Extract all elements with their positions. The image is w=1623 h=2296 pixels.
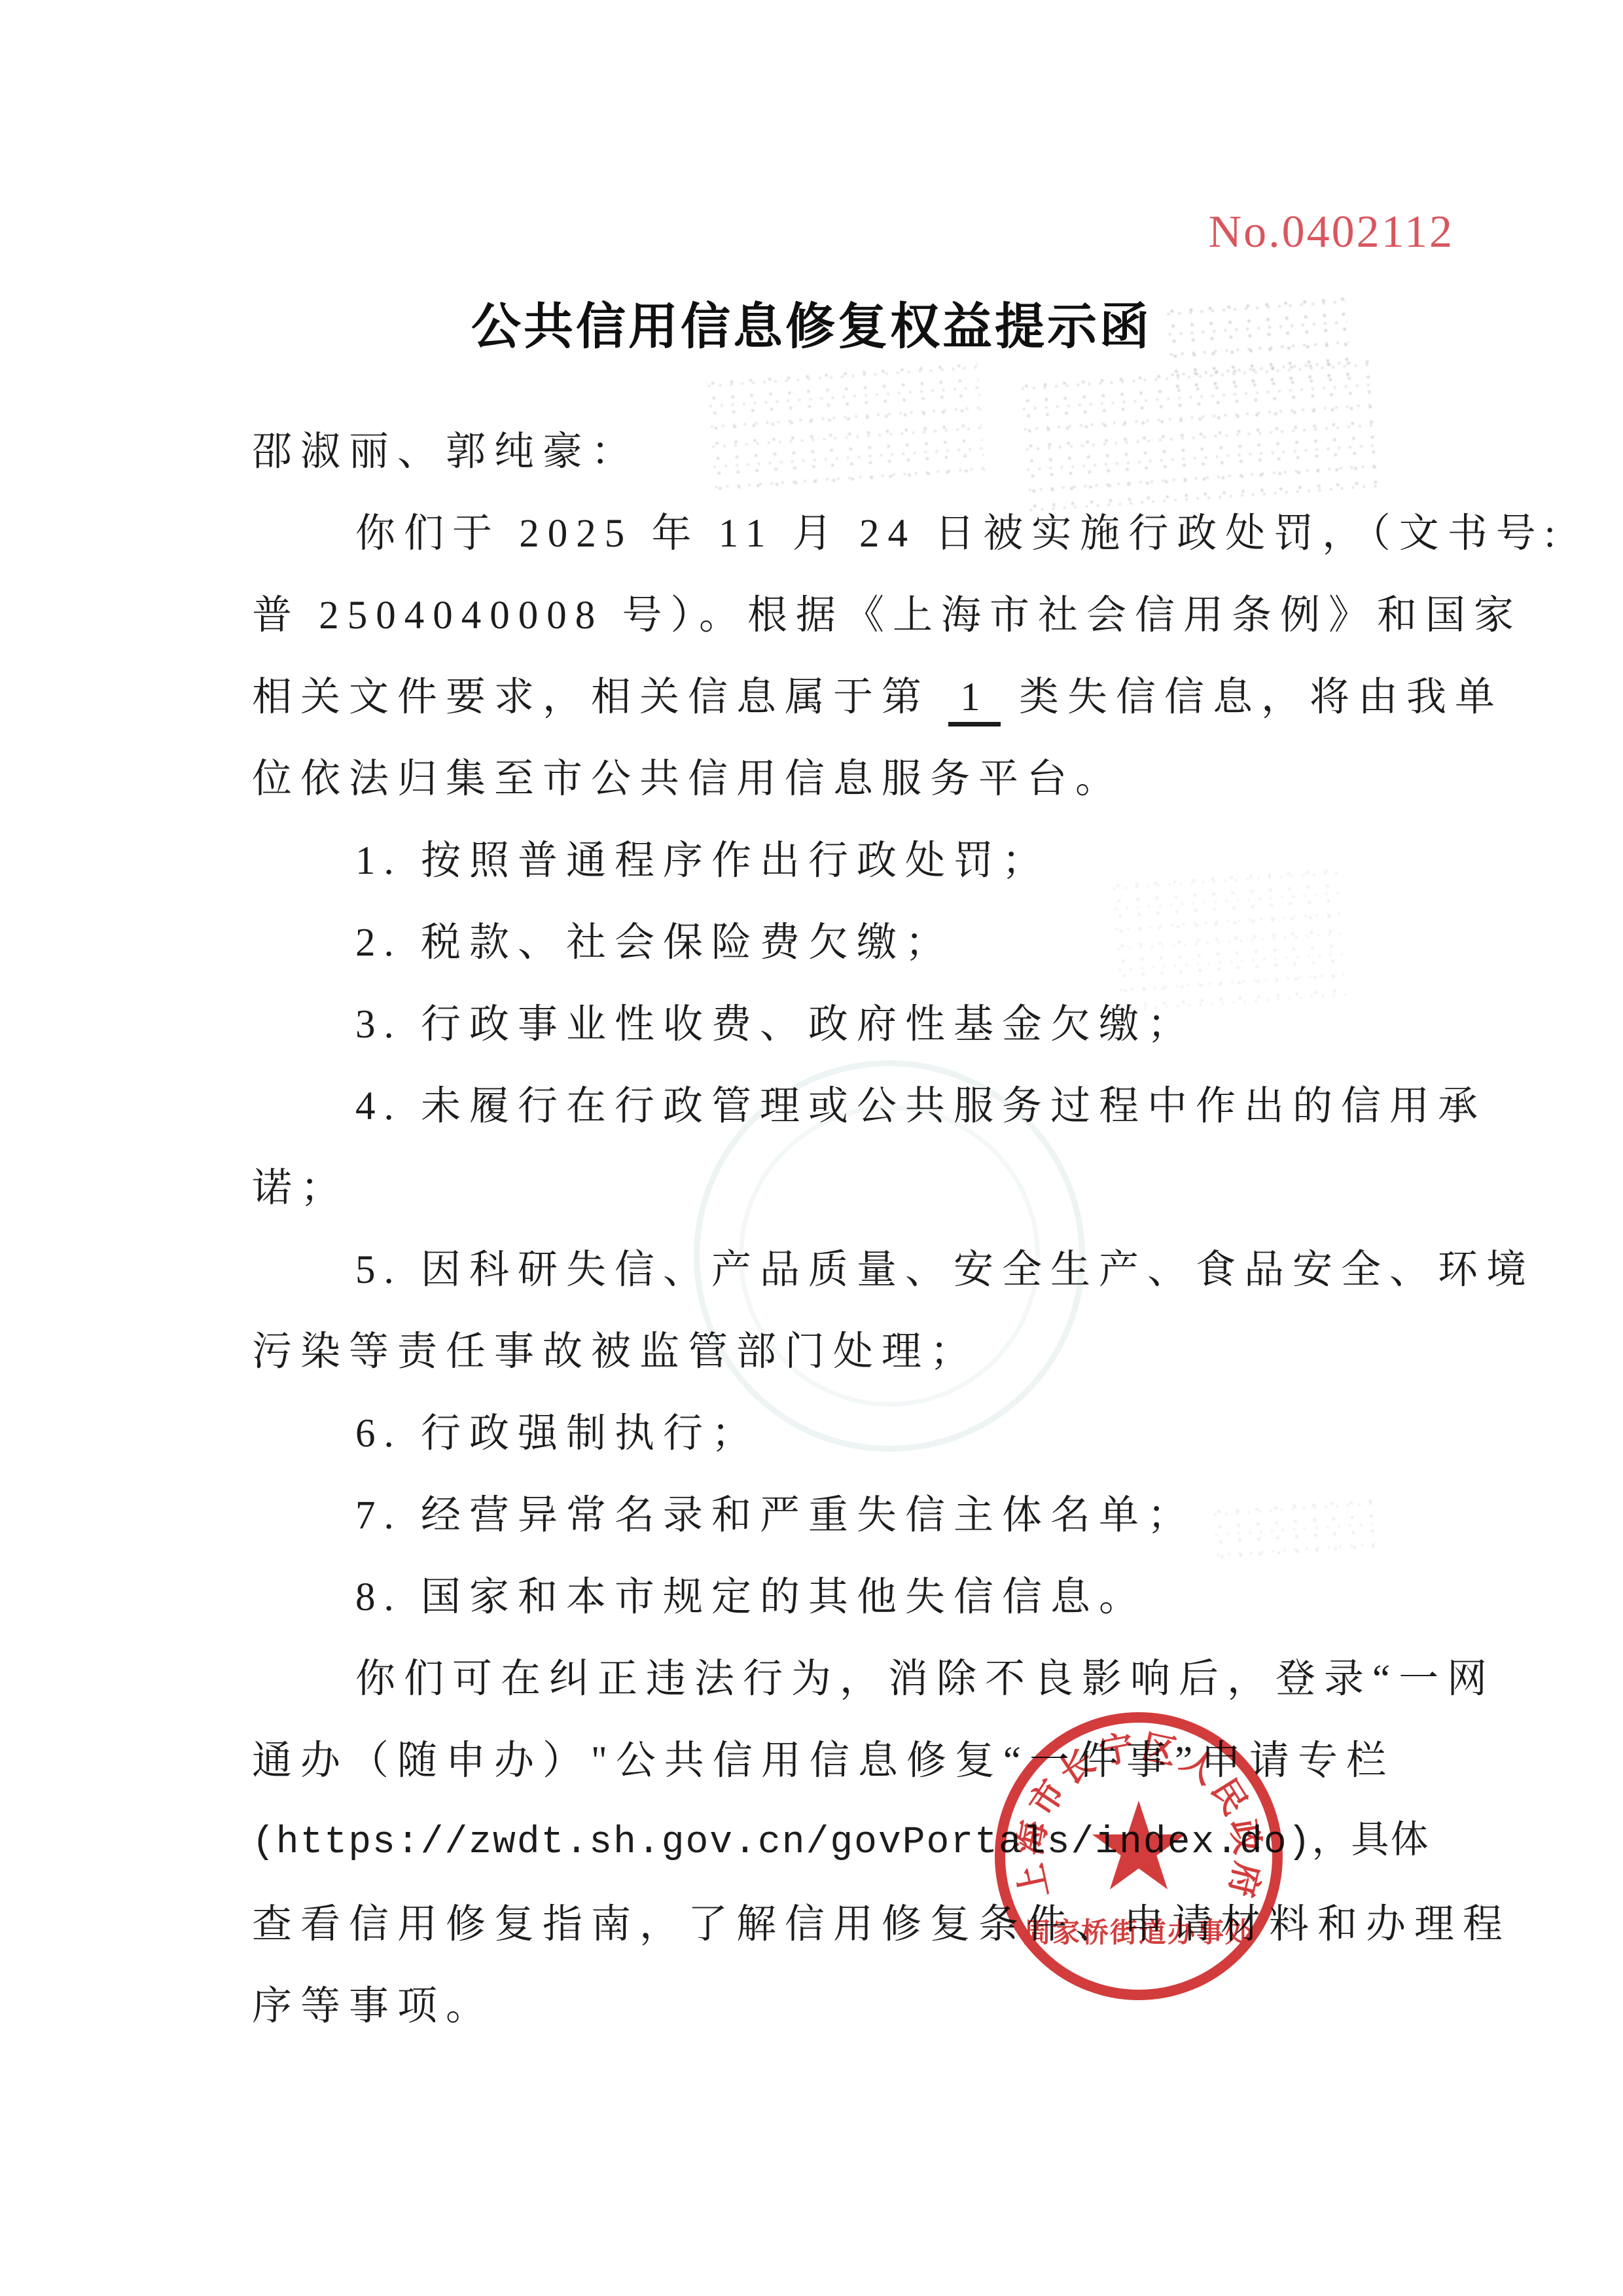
underlined-value: 1 [948, 675, 1001, 726]
underline-pre: 相关文件要求，相关信息属于第 [252, 675, 948, 719]
list-item: 1. 按照普通程序作出行政处罚； [252, 820, 1450, 902]
body-line: 你们于 2025 年 11 月 24 日被实施行政处罚，（文书号: [252, 493, 1450, 575]
body-line: 位依法归集至市公共信用信息服务平台。 [252, 738, 1450, 820]
salutation: 邵淑丽、郭纯豪： [252, 411, 1450, 493]
list-item: 3. 行政事业性收费、政府性基金欠缴； [252, 984, 1450, 1066]
list-item: 5. 因科研失信、产品质量、安全生产、食品安全、环境 [252, 1229, 1450, 1311]
seal-bottom-text: 周家桥街道办事处 [1024, 1918, 1254, 1948]
body-line: 诺； [252, 1147, 1450, 1229]
official-seal-stamp: 上海市长宁区人民政府 周家桥街道办事处 [985, 1702, 1293, 2010]
document-page: No.0402112 公共信用信息修复权益提示函 邵淑丽、郭纯豪： 你们于 20… [0, 0, 1623, 2296]
body-line: 污染等责任事故被监管部门处理； [252, 1311, 1450, 1393]
list-item: 8. 国家和本市规定的其他失信信息。 [252, 1556, 1450, 1638]
underline-post: 类失信信息，将由我单 [1001, 675, 1503, 719]
doc-number: No.0402112 [1209, 206, 1454, 259]
body-line-underlined: 相关文件要求，相关信息属于第 1 类失信信息，将由我单 [252, 656, 1450, 738]
seal-star-icon [1092, 1801, 1186, 1890]
document-title: 公共信用信息修复权益提示函 [0, 287, 1623, 358]
list-item: 7. 经营异常名录和严重失信主体名单； [252, 1475, 1450, 1556]
list-item: 6. 行政强制执行； [252, 1393, 1450, 1475]
body-line: 普 2504040008 号）。根据《上海市社会信用条例》和国家 [252, 575, 1450, 656]
list-item: 2. 税款、社会保险费欠缴； [252, 902, 1450, 984]
list-item: 4. 未履行在行政管理或公共服务过程中作出的信用承 [252, 1066, 1450, 1147]
